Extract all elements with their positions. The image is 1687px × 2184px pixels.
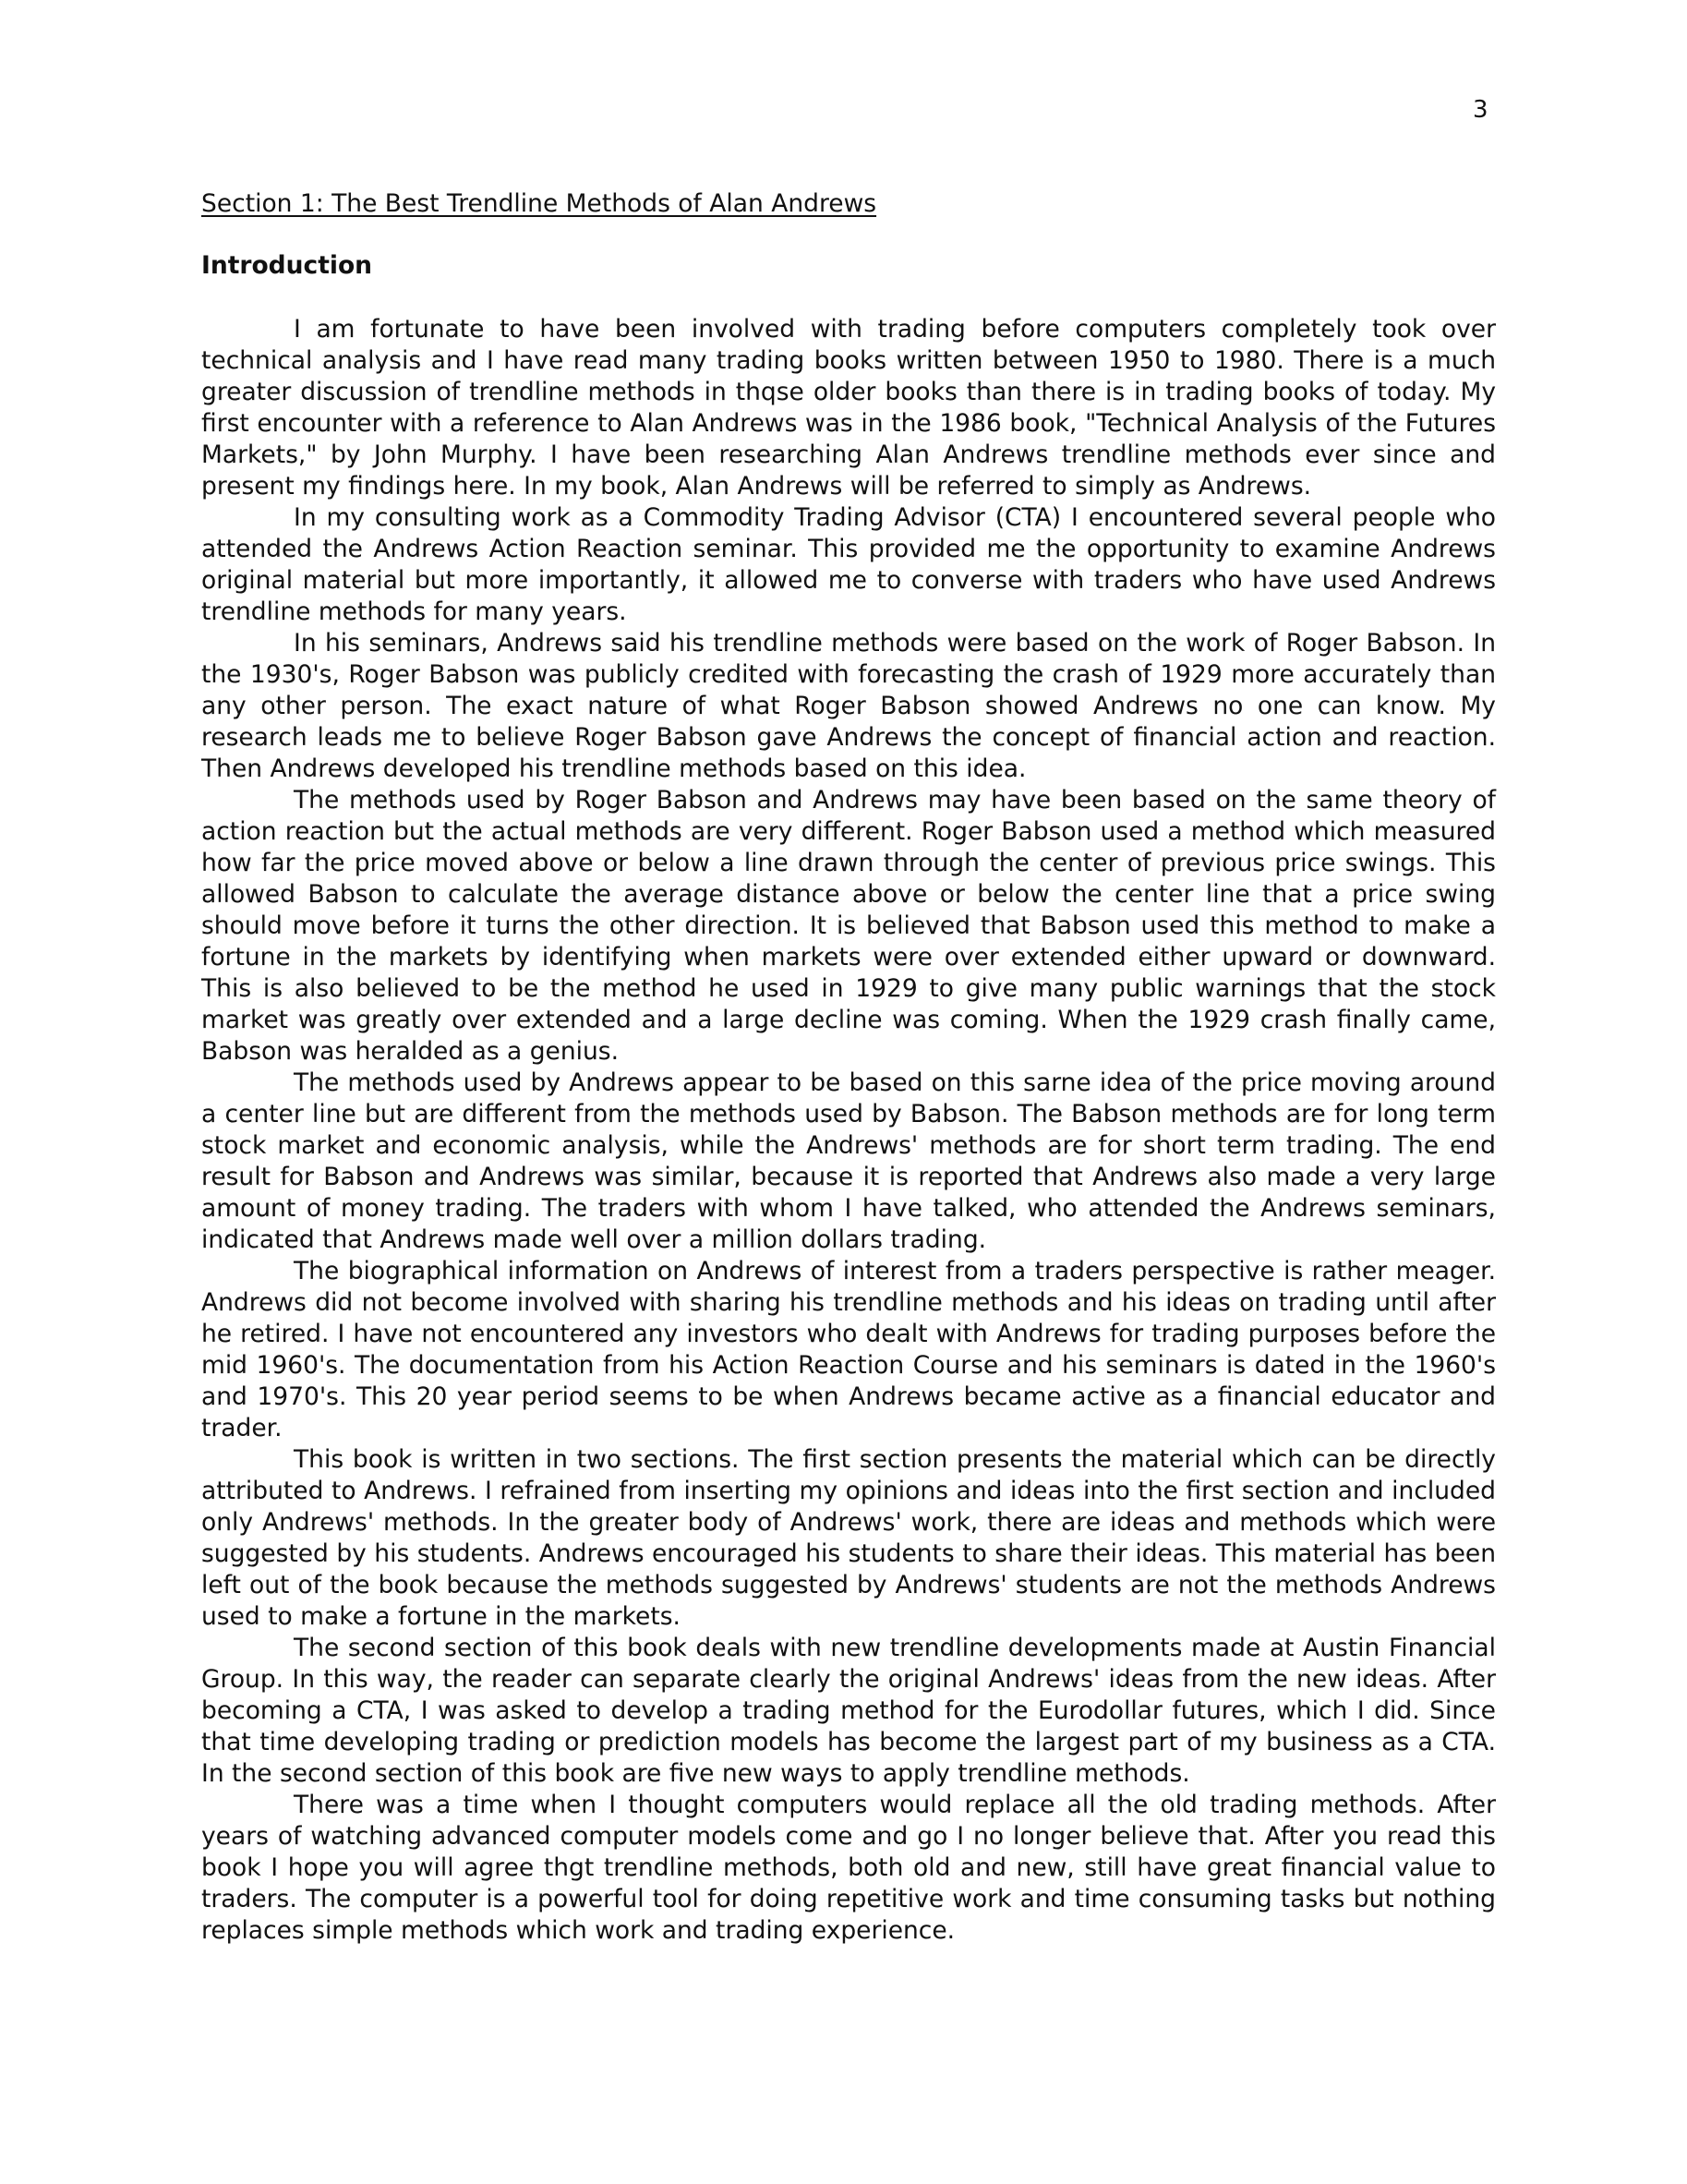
paragraph-2: In my consulting work as a Commodity Tra…	[201, 502, 1496, 628]
body-text: I am fortunate to have been involved wit…	[201, 314, 1496, 1947]
document-page: 3 Section 1: The Best Trendline Methods …	[0, 0, 1687, 2184]
paragraph-4: The methods used by Roger Babson and And…	[201, 785, 1496, 1068]
section-title: Section 1: The Best Trendline Methods of…	[201, 189, 876, 218]
page-number: 3	[1473, 96, 1488, 124]
paragraph-1: I am fortunate to have been involved wit…	[201, 314, 1496, 502]
paragraph-3: In his seminars, Andrews said his trendl…	[201, 628, 1496, 785]
paragraph-5: The methods used by Andrews appear to be…	[201, 1068, 1496, 1256]
paragraph-7: This book is written in two sections. Th…	[201, 1444, 1496, 1633]
paragraph-8: The second section of this book deals wi…	[201, 1633, 1496, 1790]
introduction-heading: Introduction	[201, 251, 372, 280]
paragraph-6: The biographical information on Andrews …	[201, 1256, 1496, 1444]
paragraph-9: There was a time when I thought computer…	[201, 1790, 1496, 1947]
